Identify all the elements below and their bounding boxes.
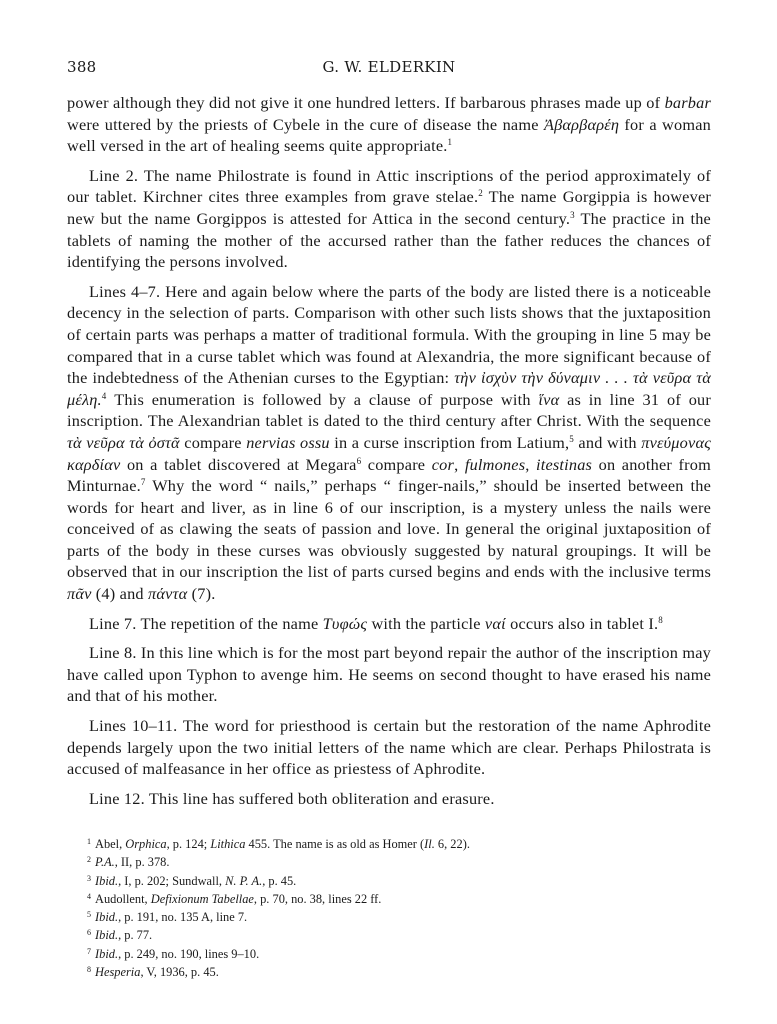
page: 388 G. W. ELDERKIN power although they d… [67,58,711,817]
italic-term: cor [432,455,454,474]
footnote-ref: 1 [448,137,453,147]
paragraph-line-7: Line 7. The repetition of the name Τυφώς… [67,613,711,635]
paragraph-lines-10-11: Lines 10–11. The word for priesthood is … [67,715,711,780]
footnote-mark: 3 [87,874,91,883]
footnote: 5Ibid., p. 191, no. 135 A, line 7. [87,907,647,925]
footnote-ref: 7 [141,477,146,487]
page-header: 388 G. W. ELDERKIN [67,58,711,80]
footnote-ref: 4 [102,391,107,401]
italic-term: Ibid. [95,874,118,888]
italic-term: nervias ossu [246,433,330,452]
body-text: power although they did not give it one … [67,92,711,809]
italic-term: N. P. A. [225,874,262,888]
footnote: 7Ibid., p. 249, no. 190, lines 9–10. [87,944,647,962]
footnote-mark: 5 [87,910,91,919]
italic-term: fulmones [465,455,525,474]
paragraph-line-12: Line 12. This line has suffered both obl… [67,788,711,810]
italic-term: Ibid. [95,910,118,924]
italic-term: Hesperia [95,965,140,979]
footnote-ref: 3 [570,210,575,220]
italic-term: πᾶν [67,584,92,603]
footnote: 1Abel, Orphica, p. 124; Lithica 455. The… [87,834,647,852]
italic-term: itestinas [536,455,592,474]
footnote: 4Audollent, Defixionum Tabellae, p. 70, … [87,889,647,907]
footnote-mark: 8 [87,965,91,974]
italic-term: Orphica [125,837,166,851]
footnote-mark: 4 [87,892,91,901]
footnotes: 1Abel, Orphica, p. 124; Lithica 455. The… [87,834,647,980]
italic-term: P.A. [95,855,115,869]
footnote-ref: 2 [478,188,483,198]
italic-term: ἵνα [538,390,559,409]
footnote-mark: 1 [87,837,91,846]
italic-term: πάντα [148,584,187,603]
paragraph-lines-4-7: Lines 4–7. Here and again below where th… [67,281,711,605]
italic-term: Ibid. [95,928,118,942]
running-title: G. W. ELDERKIN [67,58,711,76]
footnote: 6Ibid., p. 77. [87,925,647,943]
footnote-mark: 6 [87,928,91,937]
italic-term: Il. [424,837,435,851]
paragraph-line-8: Line 8. In this line which is for the mo… [67,642,711,707]
italic-term: Τυφώς [323,614,368,633]
footnote-mark: 2 [87,855,91,864]
paragraph-line-2: Line 2. The name Philostrate is found in… [67,165,711,273]
italic-term: τὰ νεῦρα τὰ ὀστᾶ [67,433,180,452]
footnote-ref: 6 [357,456,362,466]
footnote: 8Hesperia, V, 1936, p. 45. [87,962,647,980]
paragraph: power although they did not give it one … [67,92,711,157]
italic-term: ναί [485,614,506,633]
footnote: 2P.A., II, p. 378. [87,852,647,870]
footnote: 3Ibid., I, p. 202; Sundwall, N. P. A., p… [87,871,647,889]
italic-term: Ibid. [95,947,118,961]
italic-term: τὴν ἰσχὺν τὴν δύναμιν . . . τὰ νεῦρα τὰ … [67,368,711,409]
italic-term: barbar [665,93,711,112]
italic-term: Lithica [210,837,245,851]
footnote-mark: 7 [87,947,91,956]
italic-term: Ἀβαρβαρέη [544,115,619,134]
italic-term: Defixionum Tabellae [151,892,254,906]
footnote-ref: 5 [569,434,574,444]
footnote-ref: 8 [658,615,663,625]
